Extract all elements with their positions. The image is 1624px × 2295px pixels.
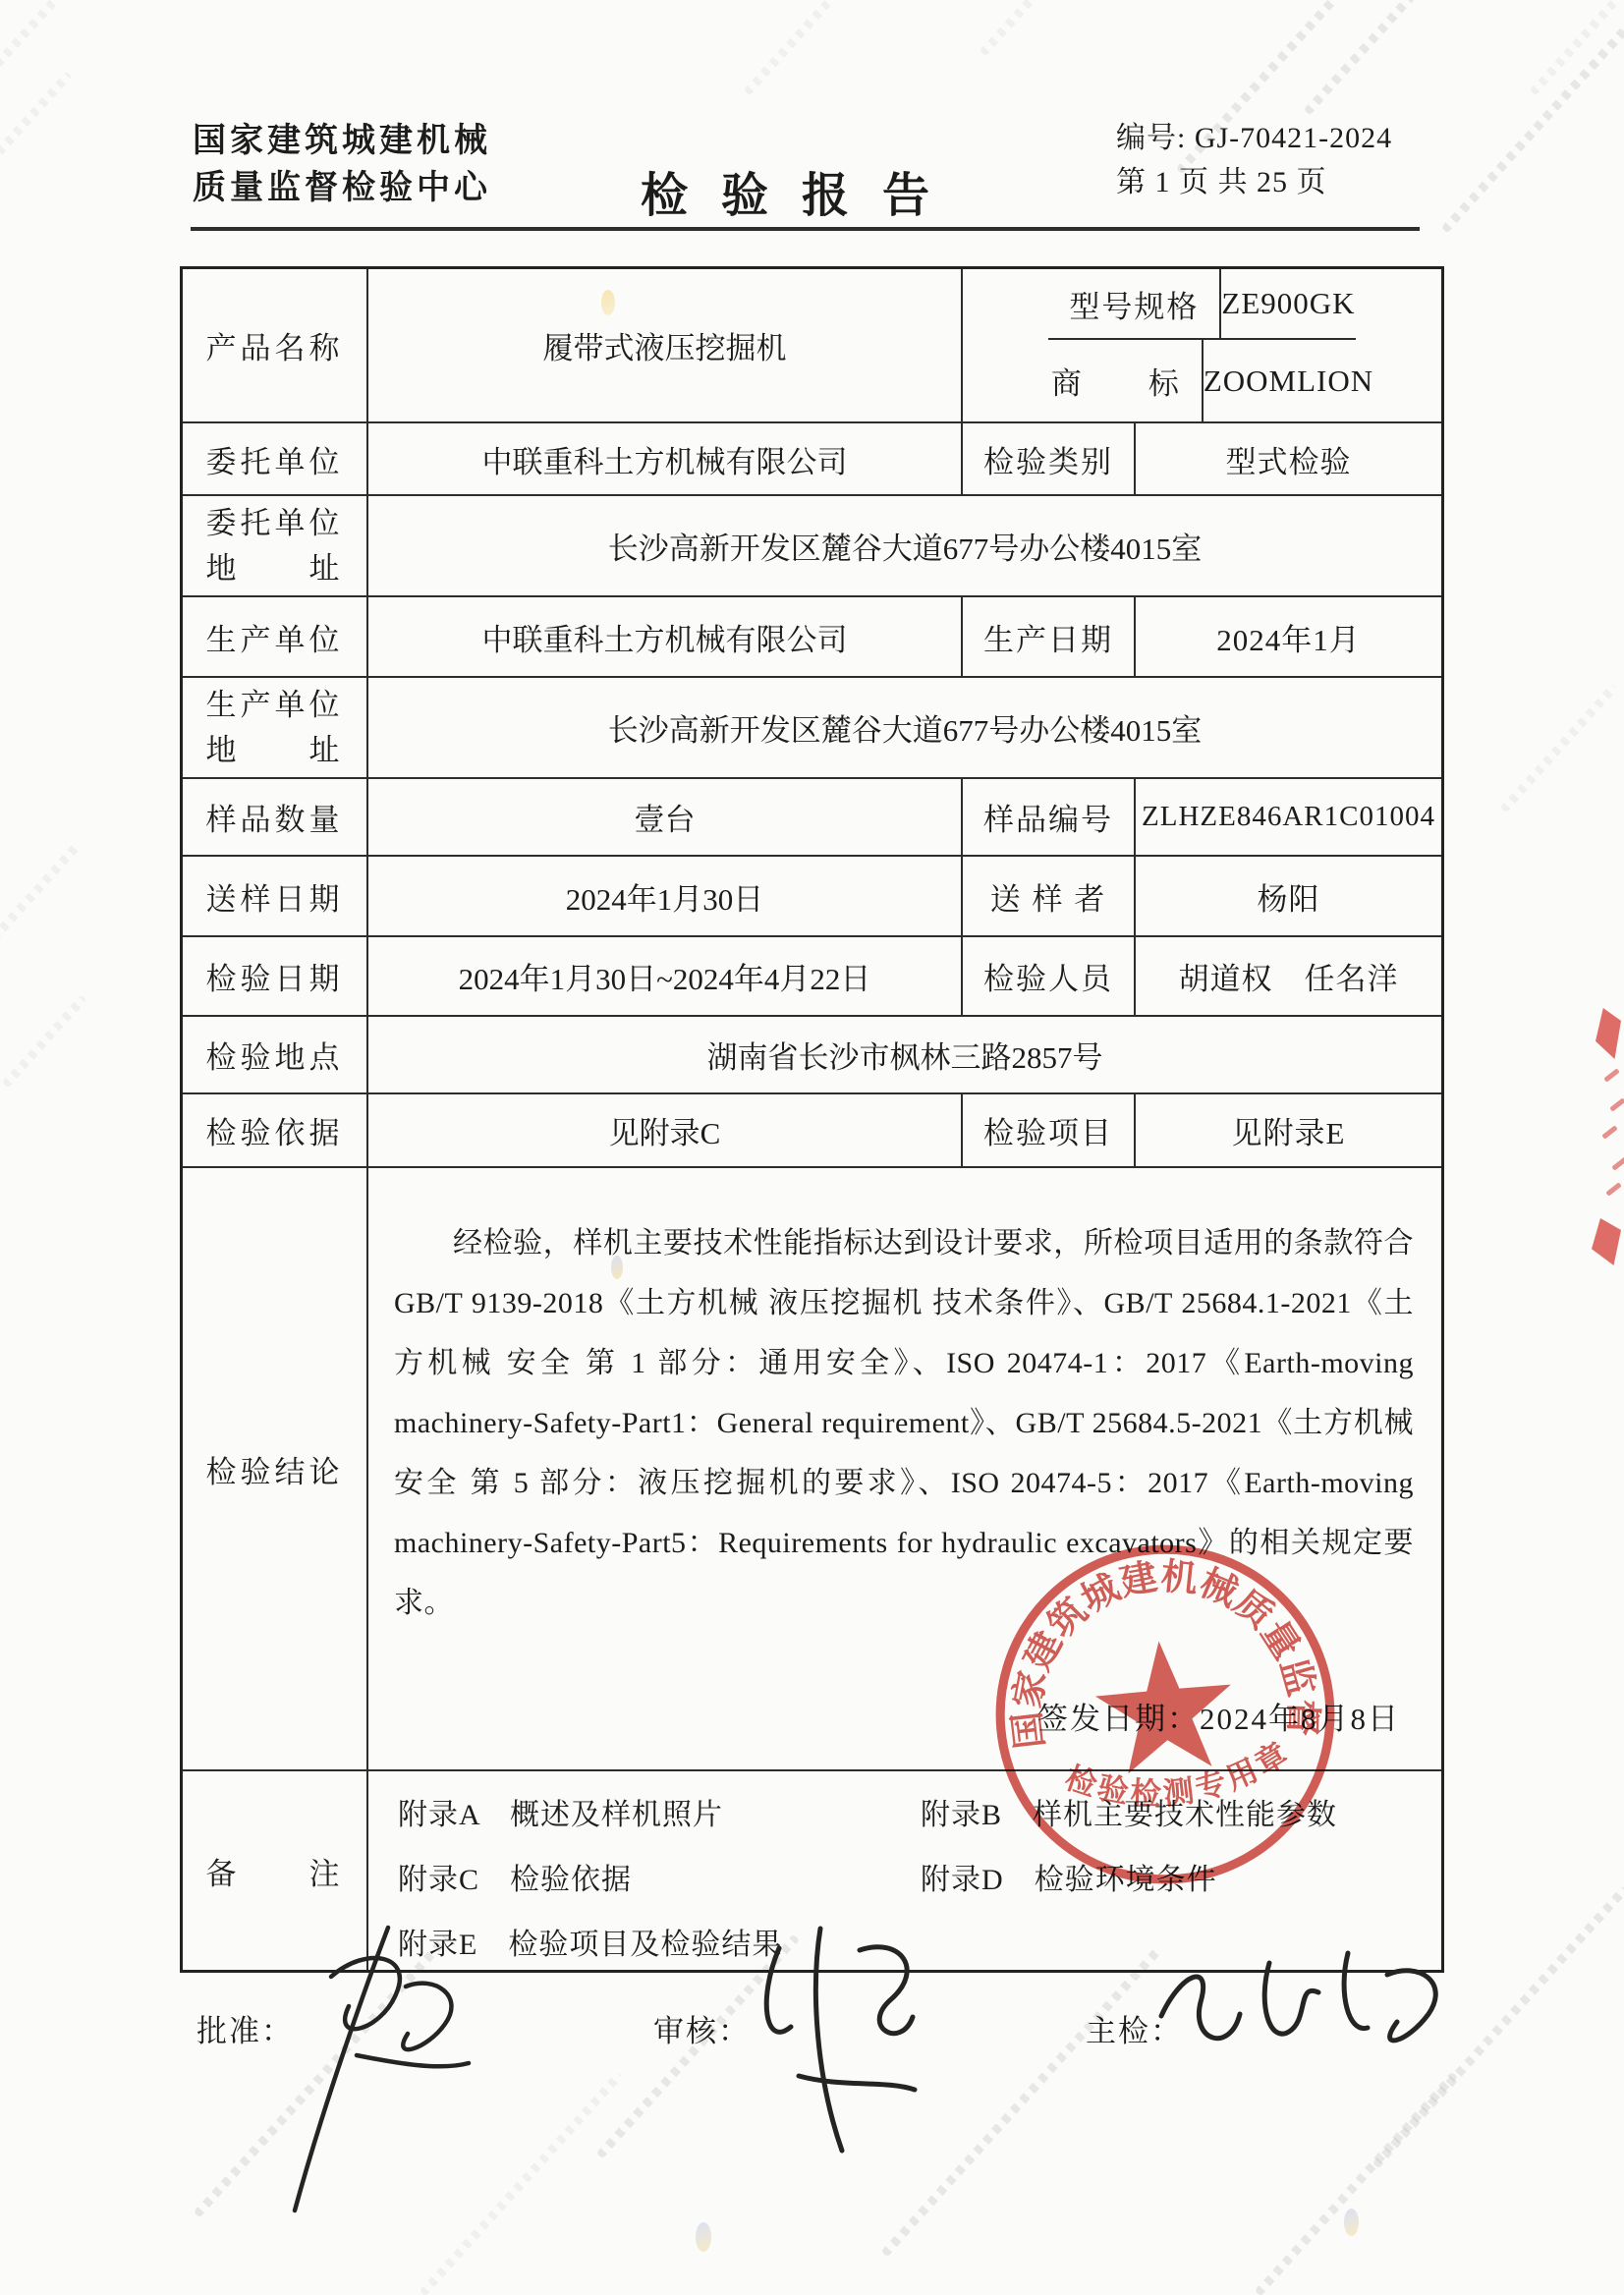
- official-stamp: 国家建筑城建机械质量监督检验中心 检验检测专用章: [972, 1521, 1359, 1908]
- chief-signature: [1140, 1933, 1464, 2081]
- inspection-report-page: 国家建筑城建机械 质量监督检验中心 检验报告 编号: GJ-70421-2024…: [0, 0, 1624, 2295]
- header-rule: [191, 227, 1420, 231]
- watermark-streak: [744, 0, 895, 96]
- inspection-items-value: 见附录E: [1136, 1094, 1441, 1166]
- subrow-model: 型号规格 ZE900GK: [1048, 269, 1355, 340]
- org-name-block: 国家建筑城建机械 质量监督检验中心: [193, 118, 491, 212]
- conclusion-label: 检验结论: [183, 1168, 368, 1769]
- row-location: 检验地点 湖南省长沙市枫林三路2857号: [183, 1017, 1441, 1094]
- sample-quantity-value: 壹台: [368, 779, 963, 855]
- sample-sender-value: 杨阳: [1136, 857, 1441, 935]
- manufacturer-address-label: 生产单位 地 址: [183, 678, 368, 777]
- watermark-streak: [0, 71, 73, 164]
- org-name-line1: 国家建筑城建机械: [193, 118, 491, 165]
- sample-sender-label: 送 样 者: [963, 857, 1136, 935]
- edge-stamp-fragment: [1605, 1182, 1621, 1196]
- sample-quantity-label: 样品数量: [183, 779, 368, 855]
- row-product: 产品名称 履带式液压挖掘机 型号规格 ZE900GK 商 标 ZOOMLION: [183, 269, 1441, 423]
- production-date-value: 2024年1月: [1136, 597, 1441, 676]
- watermark-speck: [696, 2222, 711, 2252]
- inspection-date-value: 2024年1月30日~2024年4月22日: [368, 937, 963, 1015]
- inspection-location-label: 检验地点: [183, 1017, 368, 1092]
- inspection-date-label: 检验日期: [183, 937, 368, 1015]
- model-label: 型号规格: [1048, 269, 1221, 338]
- edge-stamp-fragment: [1609, 1097, 1624, 1111]
- page-info: 第 1 页 共 25 页: [1116, 160, 1392, 204]
- watermark-streak: [1441, 0, 1624, 234]
- report-number-label: 编号:: [1116, 122, 1186, 154]
- org-name-line2: 质量监督检验中心: [193, 165, 491, 212]
- row-manufacturer-address: 生产单位 地 址 长沙高新开发区麓谷大道677号办公楼4015室: [183, 678, 1441, 779]
- sample-number-label: 样品编号: [963, 779, 1136, 855]
- report-number-value: GJ-70421-2024: [1195, 122, 1392, 154]
- report-meta-block: 编号: GJ-70421-2024 第 1 页 共 25 页: [1116, 116, 1392, 204]
- watermark-streak: [2, 994, 87, 1088]
- edge-stamp-fragment: [1603, 1068, 1619, 1082]
- row-sample: 样品数量 壹台 样品编号 ZLHZE846AR1C01004: [183, 779, 1441, 857]
- product-name-label: 产品名称: [183, 269, 368, 421]
- review-signature: [722, 1911, 958, 2156]
- watermark-streak: [0, 0, 83, 86]
- inspection-basis-label: 检验依据: [183, 1094, 368, 1166]
- manufacturer-address-label-line1: 生产单位: [206, 683, 344, 728]
- inspection-location-value: 湖南省长沙市枫林三路2857号: [368, 1017, 1441, 1092]
- manufacturer-address-label-line2: 地 址: [206, 728, 344, 773]
- remark-item: 附录A 概述及样机照片: [398, 1783, 782, 1848]
- stamp-bottom-text: 检验检测专用章: [1057, 1734, 1296, 1820]
- approve-signature: [241, 1916, 496, 2230]
- watermark-streak: [1304, 0, 1482, 116]
- client-value: 中联重科土方机械有限公司: [368, 423, 963, 494]
- row-client-address: 委托单位 地 址 长沙高新开发区麓谷大道677号办公楼4015室: [183, 496, 1441, 597]
- row-inspection-date: 检验日期 2024年1月30日~2024年4月22日 检验人员 胡道权 任名洋: [183, 937, 1441, 1017]
- sample-delivery-date-label: 送样日期: [183, 857, 368, 935]
- client-address-label-line1: 委托单位: [206, 501, 344, 546]
- manufacturer-value: 中联重科土方机械有限公司: [368, 597, 963, 676]
- model-trademark-block: 型号规格 ZE900GK 商 标 ZOOMLION: [963, 269, 1441, 421]
- report-number-line: 编号: GJ-70421-2024: [1116, 116, 1392, 160]
- row-client: 委托单位 中联重科土方机械有限公司 检验类别 型式检验: [183, 423, 1441, 496]
- row-delivery: 送样日期 2024年1月30日 送 样 者 杨阳: [183, 857, 1441, 937]
- subrow-trademark: 商 标 ZOOMLION: [1031, 340, 1373, 421]
- edge-stamp-fragment: [1592, 1218, 1621, 1265]
- row-manufacturer: 生产单位 中联重科土方机械有限公司 生产日期 2024年1月: [183, 597, 1441, 678]
- watermark-streak: [1500, 683, 1618, 812]
- watermark-streak: [0, 842, 81, 950]
- client-address-value: 长沙高新开发区麓谷大道677号办公楼4015室: [368, 496, 1441, 595]
- manufacturer-address-value: 长沙高新开发区麓谷大道677号办公楼4015室: [368, 678, 1441, 777]
- inspection-basis-value: 见附录C: [368, 1094, 963, 1166]
- watermark-speck: [1344, 2209, 1359, 2236]
- remark-item: 附录C 检验依据: [398, 1848, 782, 1913]
- inspection-items-label: 检验项目: [963, 1094, 1136, 1166]
- client-address-label-line2: 地 址: [206, 546, 344, 591]
- client-address-label: 委托单位 地 址: [183, 496, 368, 595]
- inspection-category-value: 型式检验: [1136, 423, 1441, 494]
- inspection-category-label: 检验类别: [963, 423, 1136, 494]
- edge-stamp-fragment: [1611, 1156, 1624, 1170]
- report-title: 检验报告: [641, 157, 963, 225]
- model-value: ZE900GK: [1221, 269, 1355, 338]
- trademark-value: ZOOMLION: [1204, 340, 1373, 421]
- manufacturer-label: 生产单位: [183, 597, 368, 676]
- edge-stamp-fragment: [1601, 1125, 1617, 1139]
- sample-number-value: ZLHZE846AR1C01004: [1136, 779, 1441, 855]
- edge-stamp-fragment: [1596, 1008, 1621, 1059]
- stamp-star-icon: [1091, 1635, 1237, 1775]
- client-label: 委托单位: [183, 423, 368, 494]
- row-basis: 检验依据 见附录C 检验项目 见附录E: [183, 1094, 1441, 1168]
- inspectors-label: 检验人员: [963, 937, 1136, 1015]
- inspectors-value: 胡道权 任名洋: [1136, 937, 1441, 1015]
- product-name-value: 履带式液压挖掘机: [368, 269, 963, 421]
- sample-delivery-date-value: 2024年1月30日: [368, 857, 963, 935]
- watermark-streak: [980, 0, 1097, 57]
- svg-text:检验检测专用章: 检验检测专用章: [1057, 1734, 1296, 1820]
- production-date-label: 生产日期: [963, 597, 1136, 676]
- trademark-label: 商 标: [1031, 340, 1204, 421]
